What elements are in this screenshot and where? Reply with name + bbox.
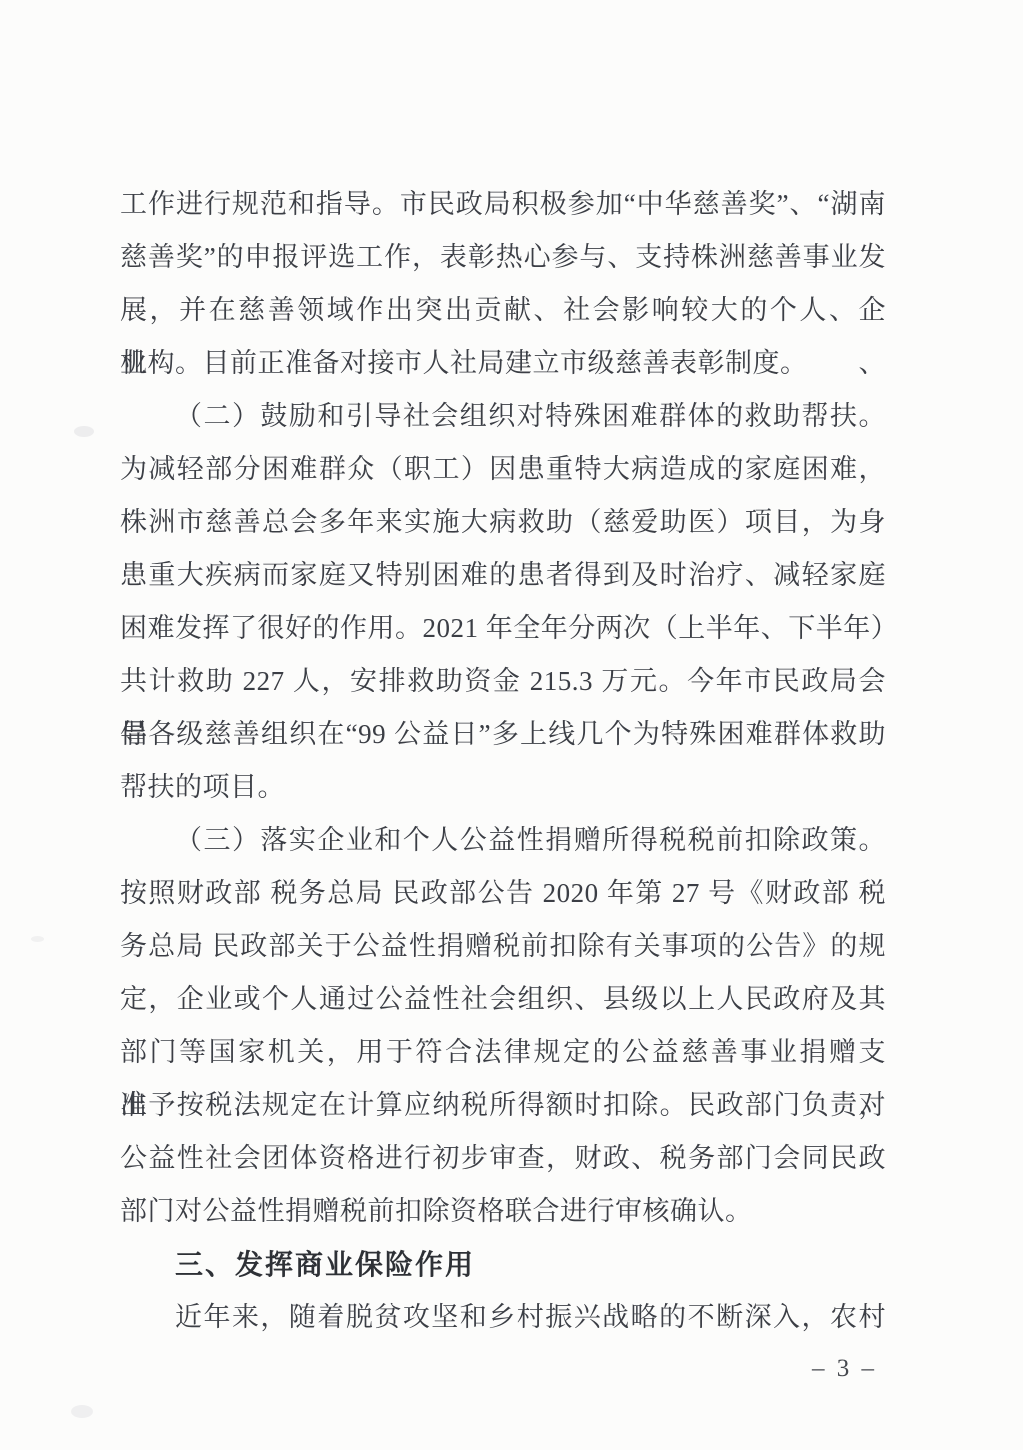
text-line: （三）落实企业和个人公益性捐赠所得税税前扣除政策。 bbox=[120, 814, 886, 867]
text-line: 工作进行规范和指导。市民政局积极参加“中华慈善奖”、“湖南 bbox=[120, 178, 886, 231]
text-line: 株洲市慈善总会多年来实施大病救助（慈爱助医）项目，为身 bbox=[120, 496, 886, 549]
text-line: 帮扶的项目。 bbox=[120, 761, 886, 814]
text-line: 三、发挥商业保险作用 bbox=[120, 1238, 886, 1291]
text-line: 困难发挥了很好的作用。2021 年全年分两次（上半年、下半年） bbox=[120, 602, 886, 655]
text-line: （二）鼓励和引导社会组织对特殊困难群体的救助帮扶。 bbox=[120, 390, 886, 443]
text-line: 共计救助 227 人，安排救助资金 215.3 万元。今年市民政局会倡 bbox=[120, 655, 886, 708]
page-number: – 3 – bbox=[812, 1355, 877, 1383]
text-line: 患重大疾病而家庭又特别困难的患者得到及时治疗、减轻家庭 bbox=[120, 549, 886, 602]
text-line: 近年来，随着脱贫攻坚和乡村振兴战略的不断深入，农村 bbox=[120, 1291, 886, 1344]
scan-speck bbox=[31, 936, 44, 942]
text-line: 公益性社会团体资格进行初步审查，财政、税务部门会同民政 bbox=[120, 1132, 886, 1185]
text-line: 定，企业或个人通过公益性社会组织、县级以上人民政府及其 bbox=[120, 973, 886, 1026]
text-line: 务总局 民政部关于公益性捐赠税前扣除有关事项的公告》的规 bbox=[120, 920, 886, 973]
scan-speck bbox=[74, 426, 94, 437]
document-page: 工作进行规范和指导。市民政局积极参加“中华慈善奖”、“湖南慈善奖”的申报评选工作… bbox=[0, 0, 1023, 1450]
text-line: 为减轻部分困难群众（职工）因患重特大病造成的家庭困难， bbox=[120, 443, 886, 496]
text-line: 部门等国家机关，用于符合法律规定的公益慈善事业捐赠支出， bbox=[120, 1026, 886, 1079]
scan-speck bbox=[71, 1405, 93, 1418]
document-body: 工作进行规范和指导。市民政局积极参加“中华慈善奖”、“湖南慈善奖”的申报评选工作… bbox=[120, 178, 886, 1344]
text-line: 按照财政部 税务总局 民政部公告 2020 年第 27 号《财政部 税 bbox=[120, 867, 886, 920]
text-line: 慈善奖”的申报评选工作，表彰热心参与、支持株洲慈善事业发 bbox=[120, 231, 886, 284]
text-line: 部门对公益性捐赠税前扣除资格联合进行审核确认。 bbox=[120, 1185, 886, 1238]
text-line: 机构。目前正准备对接市人社局建立市级慈善表彰制度。 bbox=[120, 337, 886, 390]
text-line: 准予按税法规定在计算应纳税所得额时扣除。民政部门负责对 bbox=[120, 1079, 886, 1132]
text-line: 导各级慈善组织在“99 公益日”多上线几个为特殊困难群体救助 bbox=[120, 708, 886, 761]
text-line: 展，并在慈善领域作出突出贡献、社会影响较大的个人、企业、 bbox=[120, 284, 886, 337]
